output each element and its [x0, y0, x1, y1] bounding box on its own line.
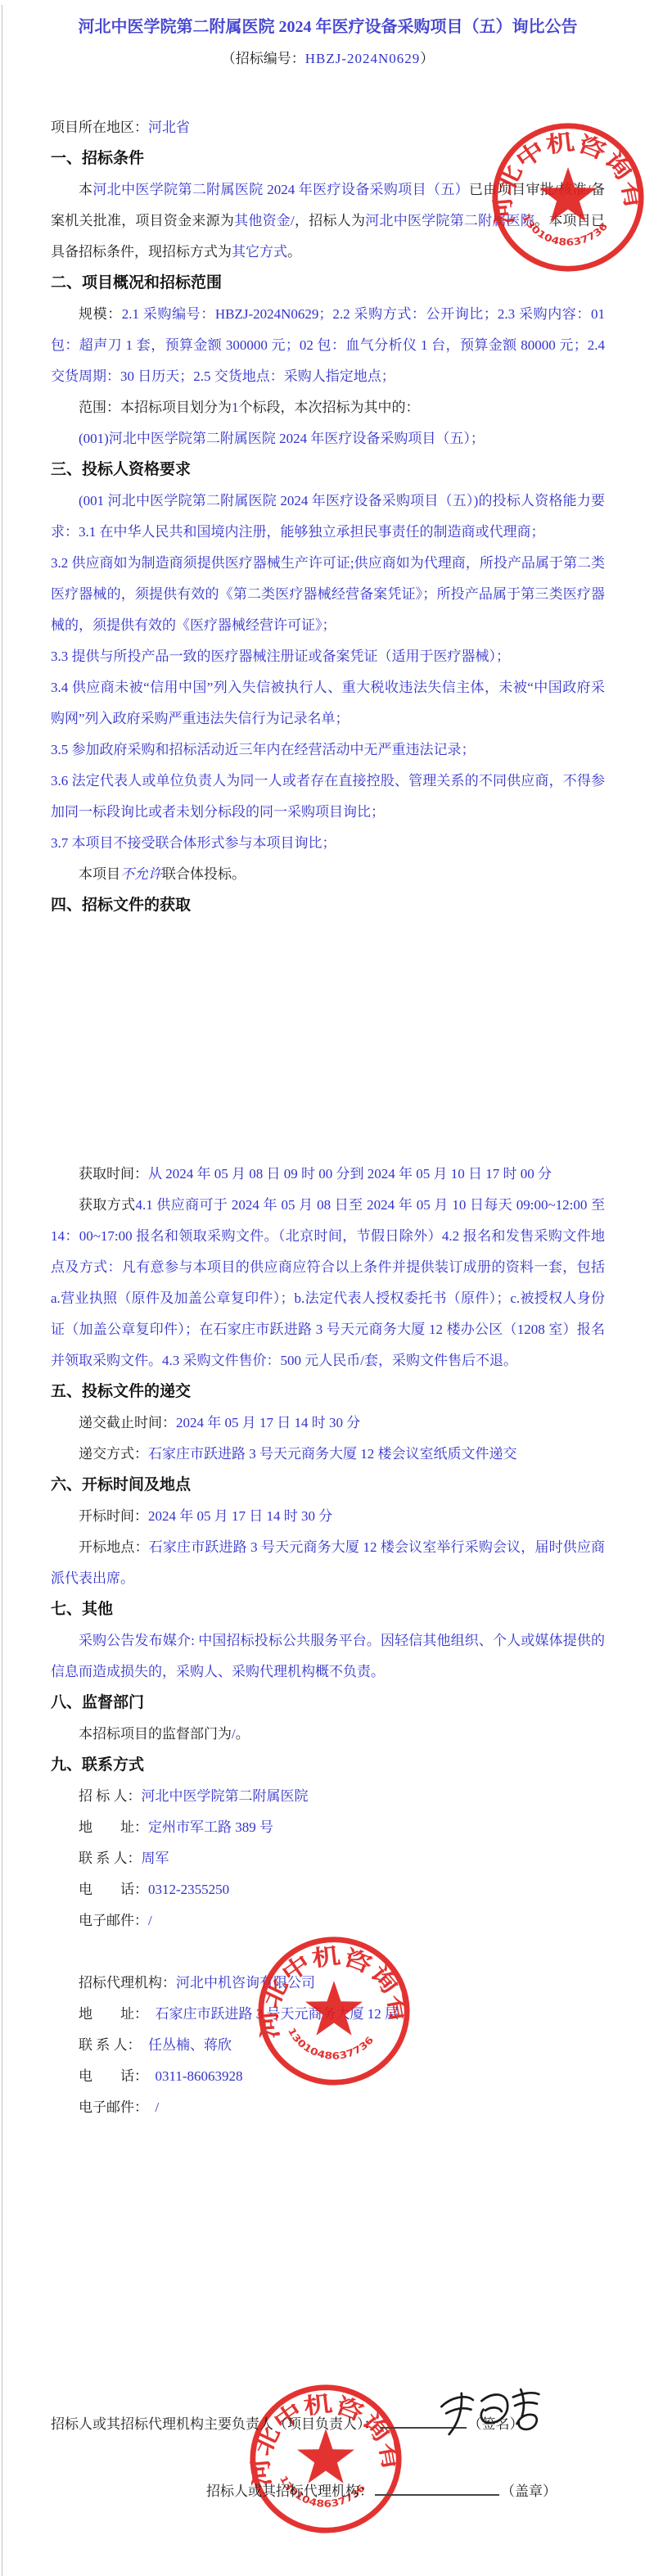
paragraph: (001 河北中医学院第二附属医院 2024 年医疗设备采购项目（五）)的投标人…	[51, 486, 605, 548]
paragraph: 项目所在地区：河北省	[51, 112, 605, 143]
section-heading: 七、其他	[51, 1594, 605, 1625]
paragraph: 3.3 提供与所投产品一致的医疗器械注册证或备案凭证（适用于医疗器械）；	[51, 641, 605, 672]
text-segment: 本招标项目的监督部门为	[79, 1726, 232, 1742]
text-segment: 规模：	[79, 306, 122, 322]
text-segment: (001)河北中医学院第二附属医院 2024 年医疗设备采购项目（五）；	[79, 431, 485, 446]
document-body: 项目所在地区：河北省一、招标条件本河北中医学院第二附属医院 2024 年医疗设备…	[51, 112, 605, 1937]
signature-handwriting	[434, 2379, 548, 2443]
text-segment: 电 话：	[79, 1882, 148, 1897]
text-segment: 个标段，本次招标为其中的：	[239, 400, 420, 415]
seal-blank-line	[375, 2481, 499, 2496]
text-segment: 其他资金/	[234, 213, 295, 228]
seal-suffix: （盖章）	[501, 2483, 557, 2499]
text-segment: 3.3 提供与所投产品一致的医疗器械注册证或备案凭证（适用于医疗器械）；	[51, 649, 510, 664]
text-segment: 石家庄市跃进路 3 号天元商务大厦 12 楼会议室纸质文件递交	[148, 1446, 517, 1462]
text-segment: 获取时间：	[79, 1166, 148, 1182]
paragraph: 3.2 供应商如为制造商须提供医疗器械生产许可证;供应商如为代理商，所投产品属于…	[51, 548, 605, 641]
paragraph: 范围：本招标项目划分为1个标段，本次招标为其中的：	[51, 392, 605, 423]
text-segment: 其它方式	[232, 244, 287, 260]
announcement-document: 河北中医学院第二附属医院 2024 年医疗设备采购项目（五）询比公告 （招标编号…	[0, 0, 654, 2123]
text-segment: 联 系 人：	[79, 2037, 148, 2053]
text-segment: 本项目	[79, 866, 120, 882]
paragraph: 电子邮件：/	[51, 1905, 605, 1937]
text-segment: 0311-86063928	[156, 2068, 243, 2084]
paragraph: 本河北中医学院第二附属医院 2024 年医疗设备采购项目（五）已由项目审批/核准…	[51, 174, 605, 268]
text-segment: /	[148, 1913, 152, 1928]
text-segment: 项目所在地区：	[51, 120, 148, 135]
text-segment: 地 址：	[79, 1819, 148, 1835]
text-segment: 递交方式：	[79, 1446, 148, 1462]
bid-number-line: （招标编号：HBZJ-2024N0629）	[51, 48, 605, 70]
section-heading: 八、监督部门	[51, 1688, 605, 1719]
text-segment: 河北中医学院第二附属医院	[142, 1788, 309, 1804]
text-segment: 本	[79, 182, 92, 197]
text-segment: 任丛楠、蒋欣	[148, 2037, 232, 2053]
text-segment: 招 标 人：	[79, 1788, 142, 1804]
paragraph: 地 址： 石家庄市跃进路 3 号天元商务大厦 12 层	[51, 1999, 605, 2030]
text-segment: 采购公告发布媒介: 中国招标投标公共服务平台。因轻信其他组织、个人或媒体提供的信…	[51, 1633, 605, 1679]
bid-number-suffix: ）	[420, 51, 434, 66]
paragraph: (001)河北中医学院第二附属医院 2024 年医疗设备采购项目（五）；	[51, 423, 605, 454]
text-segment: 递交截止时间：	[79, 1415, 176, 1430]
text-segment: ，招标人为	[295, 213, 365, 228]
text-segment: 河北中机咨询有限公司	[176, 1975, 315, 1991]
text-segment: 河北中医学院第二附属医院	[365, 213, 534, 228]
blank-gap	[51, 921, 605, 1159]
text-segment: 3.7 本项目不接受联合体形式参与本项目询比；	[51, 835, 336, 851]
text-segment: 0312-2355250	[148, 1882, 229, 1897]
text-segment: 。	[236, 1726, 250, 1742]
signature-label: 招标人或其招标代理机构主要负责人（项目负责人）：	[51, 2416, 378, 2432]
paragraph: 规模：2.1 采购编号：HBZJ-2024N0629；2.2 采购方式：公开询比…	[51, 299, 605, 392]
paragraph: 开标时间：2024 年 05 月 17 日 14 时 30 分	[51, 1501, 605, 1532]
text-segment: 定州市军工路 389 号	[148, 1819, 273, 1835]
text-segment: 周军	[142, 1851, 169, 1866]
paragraph: 本招标项目的监督部门为/。	[51, 1719, 605, 1750]
paragraph: 电 话： 0311-86063928	[51, 2061, 605, 2092]
paragraph: 电子邮件： /	[51, 2092, 605, 2123]
paragraph: 地 址：定州市军工路 389 号	[51, 1812, 605, 1843]
section-heading: 四、招标文件的获取	[51, 890, 605, 921]
paragraph: 招 标 人：河北中医学院第二附属医院	[51, 1781, 605, 1812]
text-segment: 1	[232, 400, 239, 415]
paragraph: 本项目不允许联合体投标。	[51, 859, 605, 890]
paragraph: 递交方式：石家庄市跃进路 3 号天元商务大厦 12 楼会议室纸质文件递交	[51, 1439, 605, 1470]
page-title: 河北中医学院第二附属医院 2024 年医疗设备采购项目（五）询比公告	[51, 13, 605, 41]
paragraph: 获取时间：从 2024 年 05 月 08 日 09 时 00 分到 2024 …	[51, 1159, 605, 1190]
section-heading: 六、开标时间及地点	[51, 1470, 605, 1501]
section-heading: 五、投标文件的递交	[51, 1376, 605, 1408]
agency-contact-block: 招标代理机构：河北中机咨询有限公司地 址： 石家庄市跃进路 3 号天元商务大厦 …	[51, 1968, 605, 2123]
text-segment: 获取方式	[79, 1197, 136, 1213]
text-segment: 开标地点：	[79, 1539, 149, 1555]
section-heading: 二、项目概况和招标范围	[51, 268, 605, 299]
seal-label: 招标人或其招标代理机构：	[206, 2483, 373, 2499]
paragraph: 招标代理机构：河北中机咨询有限公司	[51, 1968, 605, 1999]
text-segment: 3.5 参加政府采购和招标活动近三年内在经营活动中无严重违法记录；	[51, 742, 476, 757]
bid-number-prefix: （招标编号：	[222, 51, 305, 66]
paragraph: 3.7 本项目不接受联合体形式参与本项目询比；	[51, 828, 605, 859]
paragraph: 递交截止时间：2024 年 05 月 17 日 14 时 30 分	[51, 1408, 605, 1439]
text-segment: (001 河北中医学院第二附属医院 2024 年医疗设备采购项目（五）)的投标人…	[51, 493, 605, 540]
text-segment: 。	[287, 244, 301, 260]
agency-contact-lines: 招标代理机构：河北中机咨询有限公司地 址： 石家庄市跃进路 3 号天元商务大厦 …	[51, 1968, 605, 2123]
paragraph: 联 系 人： 任丛楠、蒋欣	[51, 2030, 605, 2061]
text-segment: 联合体投标。	[162, 866, 246, 882]
text-segment: 4.1 供应商可于 2024 年 05 月 08 日至 2024 年 05 月 …	[51, 1197, 605, 1368]
text-segment: 3.4 供应商未被“信用中国”列入失信被执行人、重大税收违法失信主体，未被“中国…	[51, 680, 605, 726]
paragraph: 电 话：0312-2355250	[51, 1874, 605, 1905]
text-segment: 河北中医学院第二附属医院 2024 年医疗设备采购项目（五）	[92, 182, 469, 197]
paragraph: 开标地点：石家庄市跃进路 3 号天元商务大厦 12 楼会议室举行采购会议，届时供…	[51, 1532, 605, 1594]
text-segment: 河北省	[148, 120, 190, 135]
text-segment: 电 话：	[79, 2068, 156, 2084]
section-heading: 一、招标条件	[51, 143, 605, 174]
text-segment: 石家庄市跃进路 3 号天元商务大厦 12 层	[156, 2006, 399, 2022]
text-segment: 电子邮件：	[79, 1913, 148, 1928]
text-segment: 联 系 人：	[79, 1851, 142, 1866]
section-heading: 九、联系方式	[51, 1750, 605, 1781]
paragraph: 联 系 人：周军	[51, 1843, 605, 1874]
paragraph: 3.5 参加政府采购和招标活动近三年内在经营活动中无严重违法记录；	[51, 734, 605, 766]
agency-seal-line: 招标人或其招标代理机构：（盖章）	[206, 2479, 557, 2504]
paragraph: 3.6 法定代表人或单位负责人为同一人或者存在直接控股、管理关系的不同供应商，不…	[51, 766, 605, 828]
text-segment: 3.2 供应商如为制造商须提供医疗器械生产许可证;供应商如为代理商，所投产品属于…	[51, 555, 605, 633]
text-segment: /	[156, 2099, 160, 2115]
text-segment: 3.6 法定代表人或单位负责人为同一人或者存在直接控股、管理关系的不同供应商，不…	[51, 773, 605, 820]
paragraph: 采购公告发布媒介: 中国招标投标公共服务平台。因轻信其他组织、个人或媒体提供的信…	[51, 1625, 605, 1688]
paragraph: 3.4 供应商未被“信用中国”列入失信被执行人、重大税收违法失信主体，未被“中国…	[51, 672, 605, 734]
text-segment: 开标时间：	[79, 1508, 148, 1524]
text-segment: 地 址：	[79, 2006, 156, 2022]
text-segment: 电子邮件：	[79, 2099, 156, 2115]
text-segment: 不允许	[120, 866, 162, 882]
paragraph: 获取方式4.1 供应商可于 2024 年 05 月 08 日至 2024 年 0…	[51, 1190, 605, 1376]
text-segment: 从 2024 年 05 月 08 日 09 时 00 分到 2024 年 05 …	[148, 1166, 552, 1182]
text-segment: 2024 年 05 月 17 日 14 时 30 分	[176, 1415, 360, 1430]
text-segment: 范围：本招标项目划分为	[79, 400, 232, 415]
section-heading: 三、投标人资格要求	[51, 454, 605, 486]
text-segment: 2024 年 05 月 17 日 14 时 30 分	[148, 1508, 332, 1524]
text-segment: 2.1 采购编号：HBZJ-2024N0629；2.2 采购方式：公开询比；2.…	[51, 306, 605, 384]
text-segment: 招标代理机构：	[79, 1975, 176, 1991]
bid-number-value: HBZJ-2024N0629	[305, 51, 421, 66]
company-seal-stamp: 河北中机咨询有限公司1301048637736	[246, 2381, 406, 2537]
